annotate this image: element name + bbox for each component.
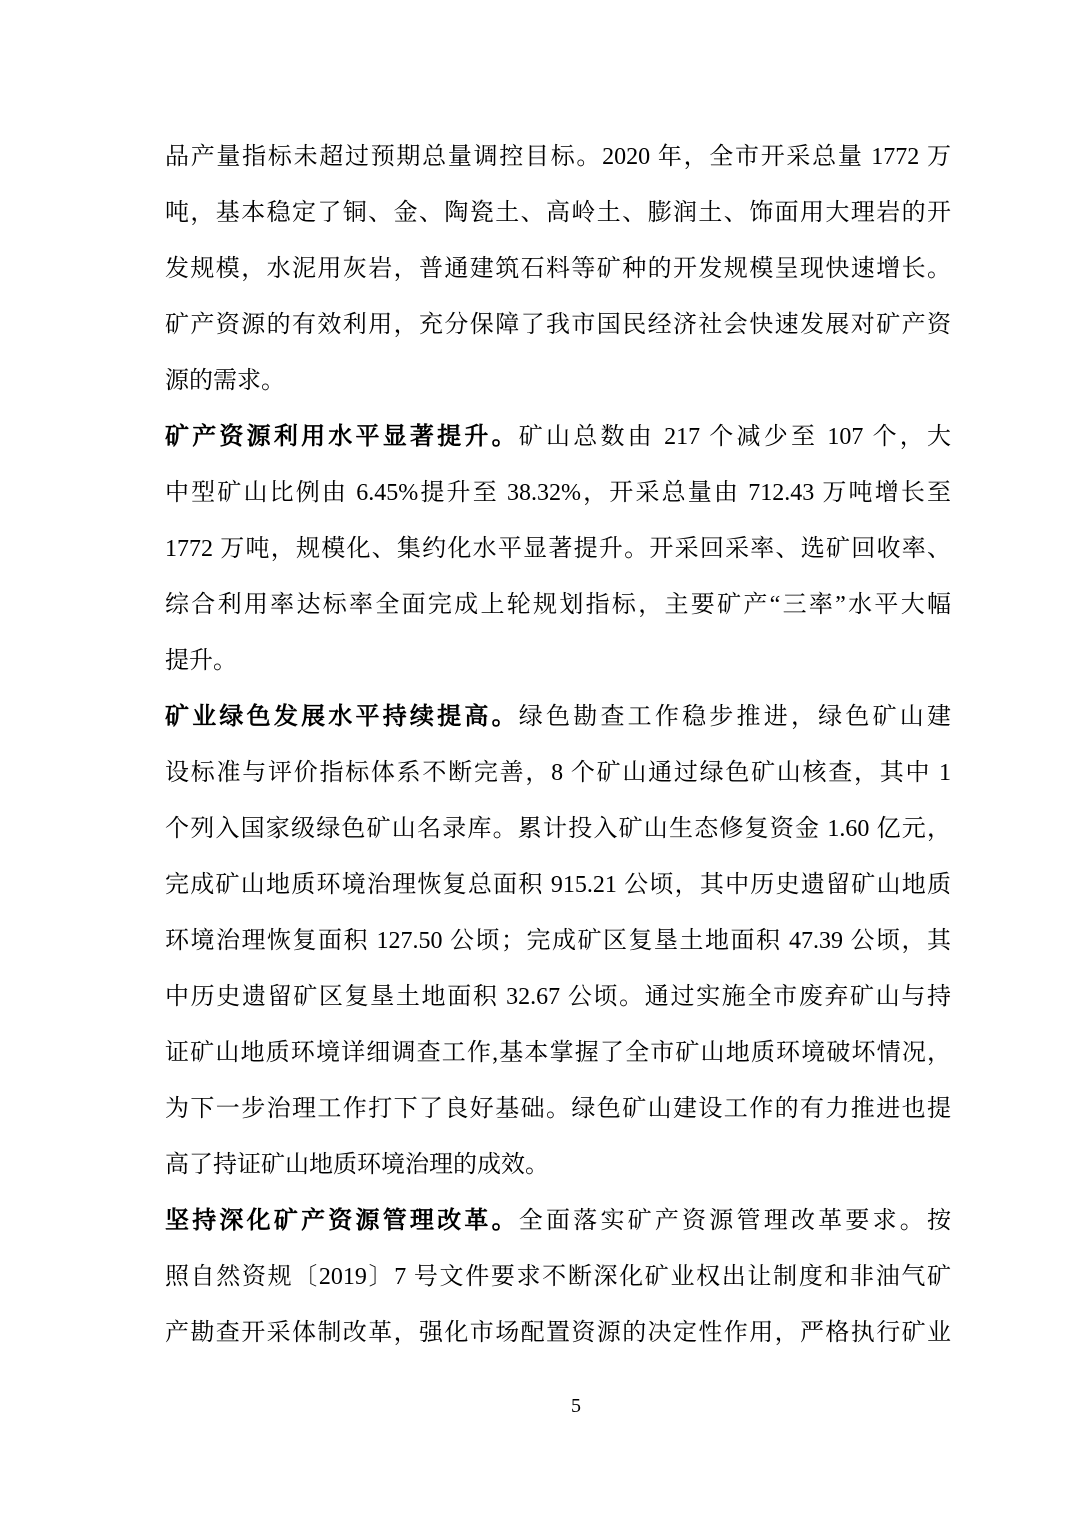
document-body: 品产量指标未超过预期总量调控目标。2020 年，全市开采总量 1772 万吨，基… — [165, 129, 951, 1361]
paragraph-lead-bold: 矿业绿色发展水平持续提高。 — [165, 704, 519, 730]
text-line: 源的需求。 — [165, 353, 951, 409]
text-line: 设标准与评价指标体系不断完善，8 个矿山通过绿色矿山核查，其中 1 — [165, 745, 951, 801]
text-line: 吨，基本稳定了铜、金、陶瓷土、高岭土、膨润土、饰面用大理岩的开 — [165, 185, 951, 241]
paragraph-lead-bold: 坚持深化矿产资源管理改革。 — [165, 1208, 519, 1234]
text-line: 矿产资源的有效利用，充分保障了我市国民经济社会快速发展对矿产资 — [165, 297, 951, 353]
text-line: 综合利用率达标率全面完成上轮规划指标，主要矿产“三率”水平大幅 — [165, 577, 951, 633]
text-line: 品产量指标未超过预期总量调控目标。2020 年，全市开采总量 1772 万 — [165, 129, 951, 185]
text-line: 完成矿山地质环境治理恢复总面积 915.21 公顷，其中历史遗留矿山地质 — [165, 857, 951, 913]
text-line: 高了持证矿山地质环境治理的成效。 — [165, 1137, 951, 1193]
text-line: 坚持深化矿产资源管理改革。全面落实矿产资源管理改革要求。按 — [165, 1193, 951, 1249]
text-line: 中历史遗留矿区复垦土地面积 32.67 公顷。通过实施全市废弃矿山与持 — [165, 969, 951, 1025]
page-number: 5 — [535, 1395, 581, 1417]
paragraph-lead-rest: 绿色勘查工作稳步推进，绿色矿山建 — [519, 704, 951, 730]
text-line: 1772 万吨，规模化、集约化水平显著提升。开采回采率、选矿回收率、 — [165, 521, 951, 577]
document-page: 品产量指标未超过预期总量调控目标。2020 年，全市开采总量 1772 万吨，基… — [0, 0, 1074, 1520]
text-line: 提升。 — [165, 633, 951, 689]
text-line: 矿产资源利用水平显著提升。矿山总数由 217 个减少至 107 个，大 — [165, 409, 951, 465]
text-line: 环境治理恢复面积 127.50 公顷；完成矿区复垦土地面积 47.39 公顷，其 — [165, 913, 951, 969]
paragraph-lead-rest: 矿山总数由 217 个减少至 107 个，大 — [519, 424, 951, 450]
paragraph-lead-rest: 全面落实矿产资源管理改革要求。按 — [519, 1208, 951, 1234]
page-footer: 5 — [165, 1392, 951, 1420]
text-line: 中型矿山比例由 6.45%提升至 38.32%，开采总量由 712.43 万吨增… — [165, 465, 951, 521]
text-line: 为下一步治理工作打下了良好基础。绿色矿山建设工作的有力推进也提 — [165, 1081, 951, 1137]
text-line: 照自然资规〔2019〕7 号文件要求不断深化矿业权出让制度和非油气矿 — [165, 1249, 951, 1305]
text-line: 矿业绿色发展水平持续提高。绿色勘查工作稳步推进，绿色矿山建 — [165, 689, 951, 745]
text-line: 产勘查开采体制改革，强化市场配置资源的决定性作用，严格执行矿业 — [165, 1305, 951, 1361]
text-line: 个列入国家级绿色矿山名录库。累计投入矿山生态修复资金 1.60 亿元， — [165, 801, 951, 857]
text-line: 发规模，水泥用灰岩，普通建筑石料等矿种的开发规模呈现快速增长。 — [165, 241, 951, 297]
text-line: 证矿山地质环境详细调查工作,基本掌握了全市矿山地质环境破坏情况， — [165, 1025, 951, 1081]
paragraph-lead-bold: 矿产资源利用水平显著提升。 — [165, 424, 519, 450]
